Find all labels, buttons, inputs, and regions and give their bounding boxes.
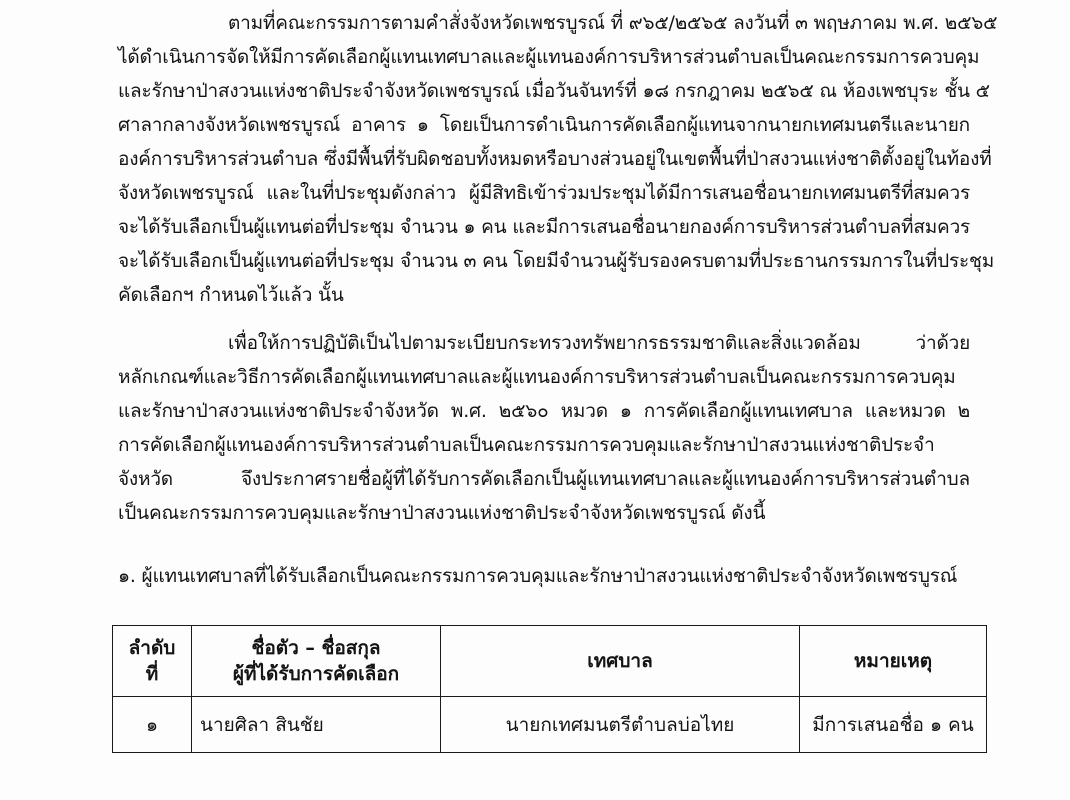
header-name-line2: ผู้ที่ได้รับการคัดเลือก bbox=[192, 661, 440, 687]
header-order-line1: ลำดับ bbox=[113, 635, 191, 661]
paragraph-line: จะได้รับเลือกเป็นผู้แทนต่อที่ประชุม จำนว… bbox=[118, 248, 970, 274]
paragraph-line: จะได้รับเลือกเป็นผู้แทนต่อที่ประชุม จำนว… bbox=[118, 214, 970, 240]
paragraph-line: และรักษาป่าสงวนแห่งชาติประจำจังหวัด พ.ศ.… bbox=[118, 398, 970, 424]
header-municipality: เทศบาล bbox=[441, 626, 800, 697]
paragraph-line: ศาลากลางจังหวัดเพชรบูรณ์ อาคาร ๑ โดยเป็น… bbox=[118, 112, 970, 138]
table-row: ๑ นายศิลา สินชัย นายกเทศมนตรีตำบลบ่อไทย … bbox=[113, 697, 987, 753]
table-header-row: ลำดับ ที่ ชื่อตัว – ชื่อสกุล ผู้ที่ได้รั… bbox=[113, 626, 987, 697]
paragraph-line: จังหวัดเพชรบูรณ์ และในที่ประชุมดังกล่าว … bbox=[118, 180, 970, 206]
paragraph-line: และรักษาป่าสงวนแห่งชาติประจำจังหวัดเพชรบ… bbox=[118, 78, 970, 104]
document-page: ตามที่คณะกรรมการตามคำสั่งจังหวัดเพชรบูรณ… bbox=[0, 0, 1070, 800]
header-remark: หมายเหตุ bbox=[800, 626, 987, 697]
paragraph-line: ตามที่คณะกรรมการตามคำสั่งจังหวัดเพชรบูรณ… bbox=[228, 10, 970, 36]
header-order-line2: ที่ bbox=[113, 661, 191, 687]
representatives-table: ลำดับ ที่ ชื่อตัว – ชื่อสกุล ผู้ที่ได้รั… bbox=[112, 625, 987, 753]
paragraph-line: หลักเกณฑ์และวิธีการคัดเลือกผู้แทนเทศบาลแ… bbox=[118, 364, 970, 390]
cell-municipality: นายกเทศมนตรีตำบลบ่อไทย bbox=[441, 697, 800, 753]
cell-name: นายศิลา สินชัย bbox=[192, 697, 441, 753]
paragraph-line: เป็นคณะกรรมการควบคุมและรักษาป่าสงวนแห่งช… bbox=[118, 500, 970, 526]
section-1-heading: ๑. ผู้แทนเทศบาลที่ได้รับเลือกเป็นคณะกรรม… bbox=[118, 563, 957, 589]
header-name: ชื่อตัว – ชื่อสกุล ผู้ที่ได้รับการคัดเลื… bbox=[192, 626, 441, 697]
paragraph-line: คัดเลือกฯ กำหนดไว้แล้ว นั้น bbox=[118, 282, 970, 308]
cell-remark: มีการเสนอชื่อ ๑ คน bbox=[800, 697, 987, 753]
paragraph-line: การคัดเลือกผู้แทนองค์การบริหารส่วนตำบลเป… bbox=[118, 432, 970, 458]
cell-order: ๑ bbox=[113, 697, 192, 753]
paragraph-line: ได้ดำเนินการจัดให้มีการคัดเลือกผู้แทนเทศ… bbox=[118, 44, 970, 70]
paragraph-line: จังหวัด จึงประกาศรายชื่อผู้ที่ได้รับการค… bbox=[118, 466, 970, 492]
paragraph-line: องค์การบริหารส่วนตำบล ซึ่งมีพื้นที่รับผิ… bbox=[118, 146, 970, 172]
paragraph-line: เพื่อให้การปฏิบัติเป็นไปตามระเบียบกระทรว… bbox=[228, 330, 970, 356]
header-name-line1: ชื่อตัว – ชื่อสกุล bbox=[192, 635, 440, 661]
header-order: ลำดับ ที่ bbox=[113, 626, 192, 697]
